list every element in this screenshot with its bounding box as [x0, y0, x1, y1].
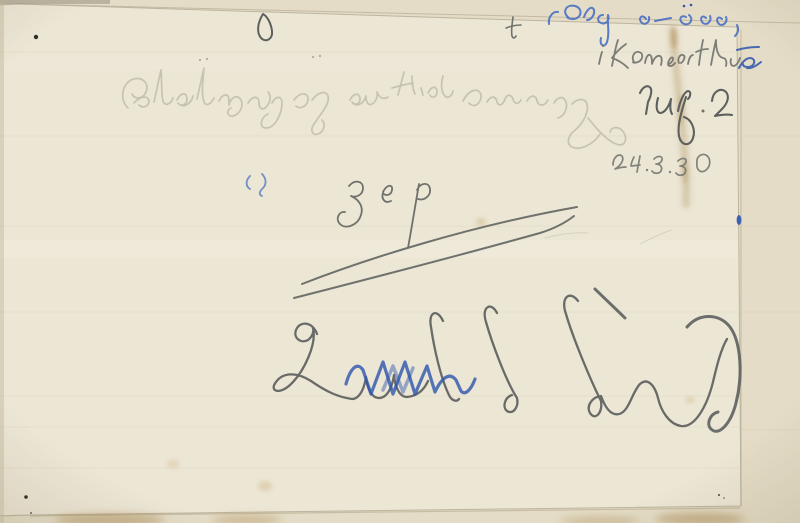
scanner-shadow-left	[0, 0, 4, 523]
vignette	[0, 0, 800, 523]
scan-canvas	[0, 0, 800, 523]
scanned-document	[0, 0, 800, 523]
scanner-shadow-top	[0, 0, 110, 4]
